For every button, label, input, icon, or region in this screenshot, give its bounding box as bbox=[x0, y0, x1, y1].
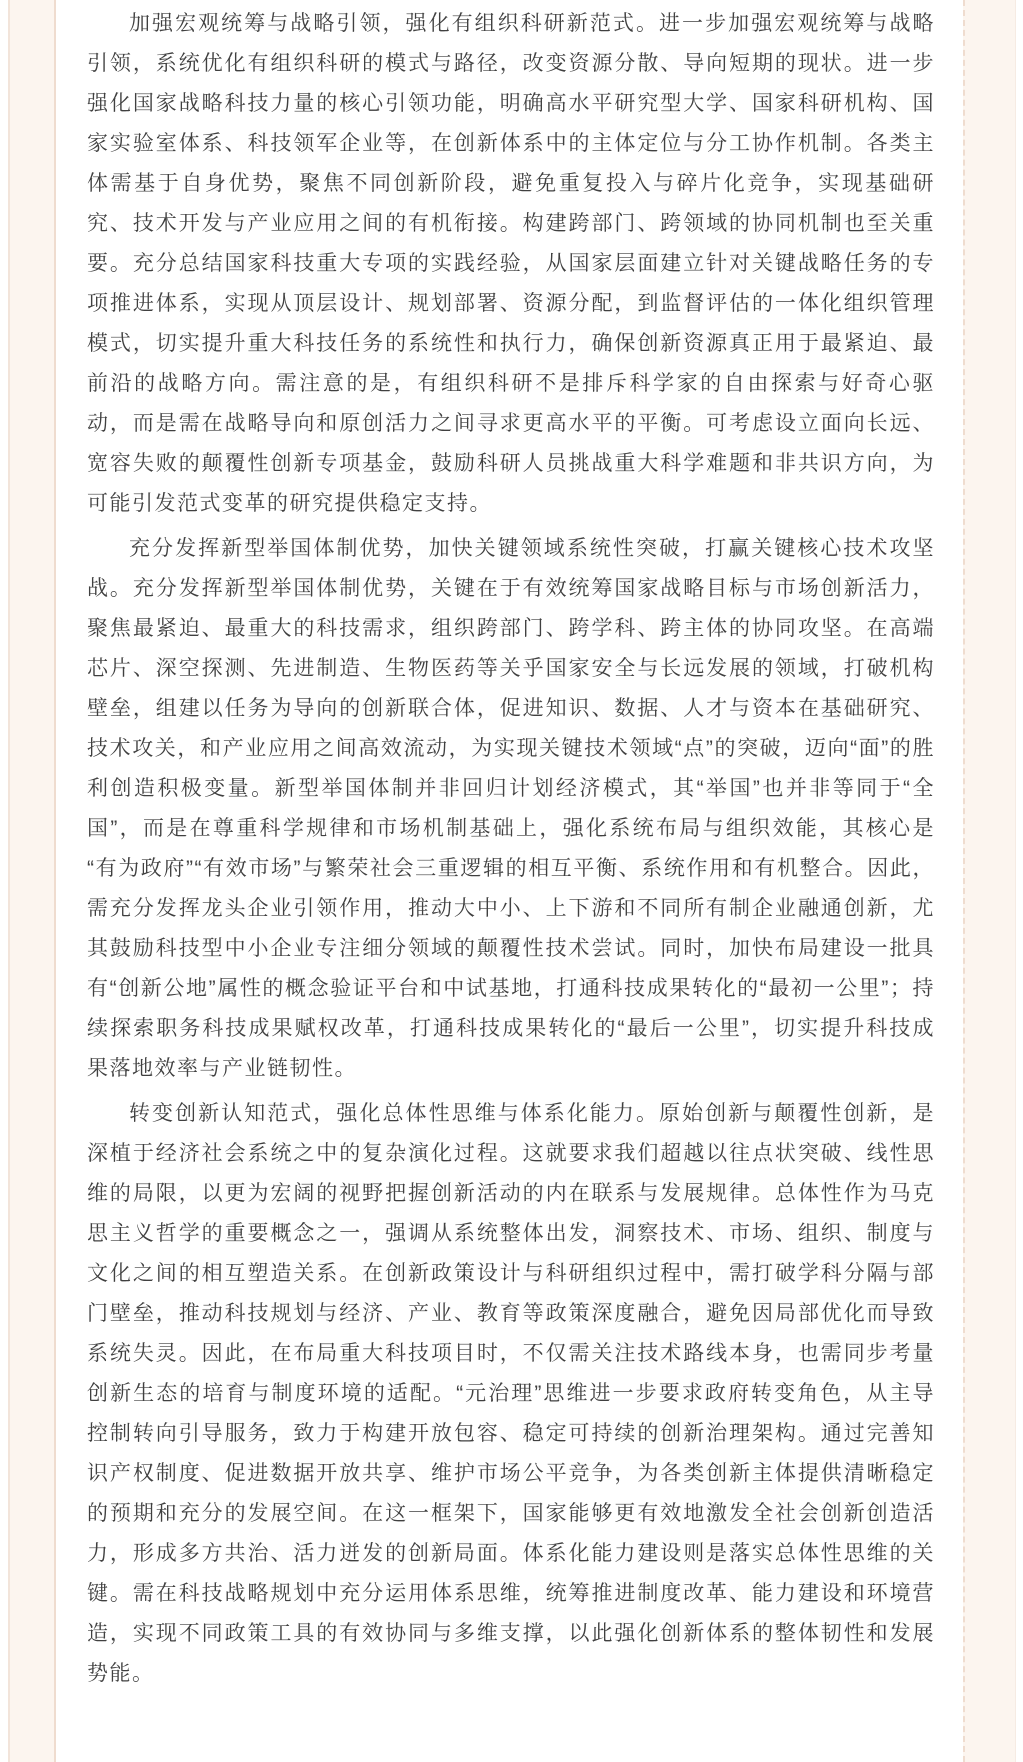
paragraph: 转变创新认知范式，强化总体性思维与体系化能力。原始创新与颠覆性创新，是深植于经济… bbox=[87, 1094, 935, 1694]
right-margin-rail bbox=[963, 0, 1016, 1762]
paragraph: 加强宏观统筹与战略引领，强化有组织科研新范式。进一步加强宏观统筹与战略引领，系统… bbox=[87, 4, 935, 524]
article-body: 加强宏观统筹与战略引领，强化有组织科研新范式。进一步加强宏观统筹与战略引领，系统… bbox=[56, 0, 963, 1762]
left-margin-rail bbox=[8, 0, 56, 1762]
paragraph: 充分发挥新型举国体制优势，加快关键领域系统性突破，打赢关键核心技术攻坚战。充分发… bbox=[87, 529, 935, 1089]
document-page: 加强宏观统筹与战略引领，强化有组织科研新范式。进一步加强宏观统筹与战略引领，系统… bbox=[0, 0, 1023, 1762]
